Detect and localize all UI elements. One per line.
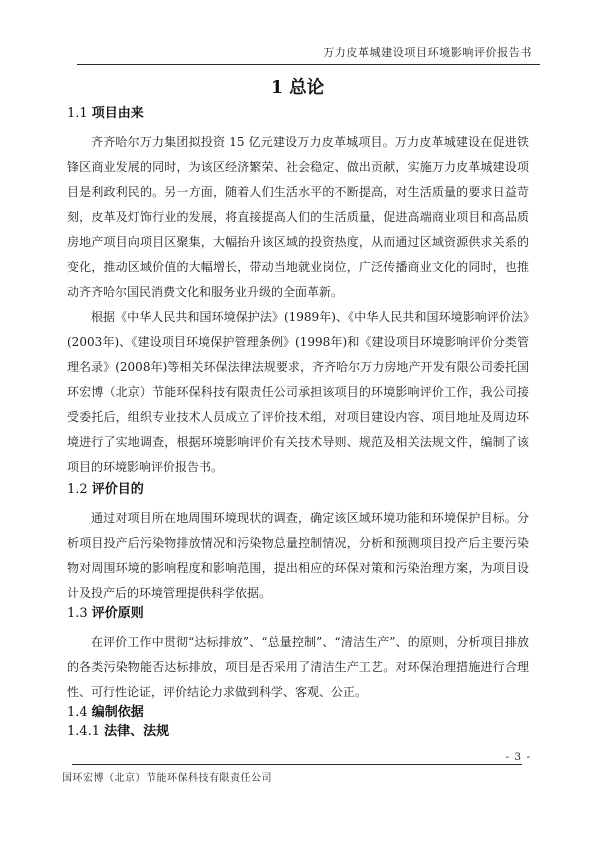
paragraph-evaluation-principle: 在评价工作中贯彻“达标排放”、“总量控制”、“清洁生产”、的原则，分析项目排放的… xyxy=(67,630,529,705)
header-rule xyxy=(77,64,540,65)
section-label: 评价目的 xyxy=(92,482,144,497)
section-number: 1.2 xyxy=(67,482,88,497)
section-label: 项目由来 xyxy=(92,106,144,121)
document-page: 万力皮革城建设项目环境影响评价报告书 1 总论 1.1项目由来 齐齐哈尔万力集团… xyxy=(0,0,595,842)
section-number: 1.4 xyxy=(67,705,88,720)
section-label: 评价原则 xyxy=(92,606,144,621)
section-heading-1-4: 1.4编制依据 xyxy=(67,706,144,720)
section-label: 编制依据 xyxy=(92,705,144,720)
section-number: 1.3 xyxy=(67,606,88,621)
footer-company-name: 国环宏博（北京）节能环保科技有限责任公司 xyxy=(62,769,272,784)
paragraph-evaluation-purpose: 通过对项目所在地周围环境现状的调查，确定该区域环境功能和环境保护目标。分析项目投… xyxy=(67,506,529,606)
section-heading-1-2: 1.2评价目的 xyxy=(67,483,144,497)
section-heading-1-1: 1.1项目由来 xyxy=(67,107,144,121)
section-number: 1.1 xyxy=(67,106,88,121)
page-number: - 3 - xyxy=(430,751,531,763)
section-number: 1.4.1 xyxy=(67,724,100,739)
section-heading-1-4-1: 1.4.1法律、法规 xyxy=(67,725,169,739)
section-label: 法律、法规 xyxy=(104,724,169,739)
paragraph-project-origin-2: 根据《中华人民共和国环境保护法》(1989年)、《中华人民共和国环境影响评价法》… xyxy=(67,305,529,480)
section-heading-1-3: 1.3评价原则 xyxy=(67,607,144,621)
paragraph-project-origin-1: 齐齐哈尔万力集团拟投资 15 亿元建设万力皮革城项目。万力皮革城建设在促进铁锋区… xyxy=(67,130,529,305)
footer-rule xyxy=(72,764,522,765)
running-header: 万力皮革城建设项目环境影响评价报告书 xyxy=(67,44,532,60)
chapter-title: 1 总论 xyxy=(0,74,595,99)
